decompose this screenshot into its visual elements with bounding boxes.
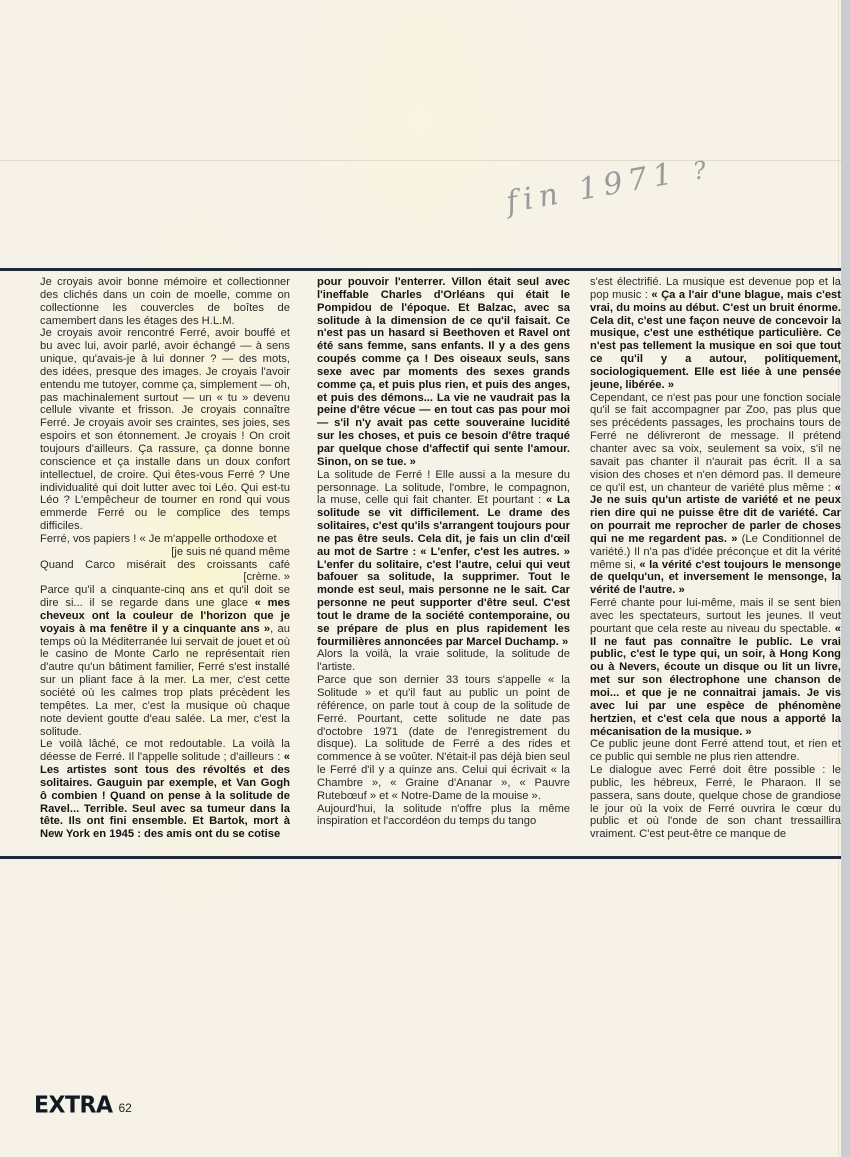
body-text: Je croyais avoir rencontré Ferré, avoir … [40,327,290,532]
article-paragraph: Ferré, vos papiers ! « Je m'appelle orth… [40,533,290,546]
article-paragraph: s'est électrifié. La musique est devenue… [590,276,841,392]
body-text: Le dialogue avec Ferré doit être possibl… [590,764,841,840]
article-paragraph: pour pouvoir l'enterrer. Villon était se… [317,276,570,469]
body-text: , au temps où la Méditerranée lui servai… [40,623,290,738]
quote-text: « Ça a l'air d'une blague, mais c'est vr… [590,289,841,391]
article-paragraph: Ferré chante pour lui-même, mais il se s… [590,597,841,738]
article-paragraph: Le dialogue avec Ferré doit être possibl… [590,764,841,841]
article-paragraph: [crème. » [40,571,290,584]
magazine-logo: EXTRA [34,1092,112,1118]
article-paragraph: Parce que son dernier 33 tours s'appelle… [317,674,570,802]
article-paragraph: Parce qu'il a cinquante-cinq ans et qu'i… [40,584,290,738]
body-text: Je croyais avoir bonne mémoire et collec… [40,276,290,327]
article-paragraph: Le voilà lâché, ce mot redoutable. La vo… [40,738,290,841]
top-rule [0,268,841,271]
body-text: Alors la voilà, la vraie solitude, la so… [317,648,570,673]
body-text: Quand Carco misérait des croissants café [40,559,290,571]
article-paragraph: Aujourd'hui, la solitude n'offre plus la… [317,803,570,829]
article-paragraph: Alors la voilà, la vraie solitude, la so… [317,648,570,674]
article-paragraph: Cependant, ce n'est pas pour une fonctio… [590,392,841,598]
article-paragraph: La solitude de Ferré ! Elle aussi a la m… [317,469,570,649]
magazine-page: fin 1971 ? Je croyais avoir bonne mémoir… [0,0,841,1157]
article-paragraph: Je croyais avoir bonne mémoire et collec… [40,276,290,327]
body-text: Ferré chante pour lui-même, mais il se s… [590,597,841,635]
article-column-3: s'est électrifié. La musique est devenue… [590,276,841,851]
body-text: Le voilà lâché, ce mot redoutable. La vo… [40,738,290,763]
article-paragraph: Ce public jeune dont Ferré attend tout, … [590,738,841,764]
quote-text: « La solitude se vit difficilement. Le d… [317,494,570,647]
body-text: La solitude de Ferré ! Elle aussi a la m… [317,469,570,507]
quote-text: « Les artistes sont tous des révoltés et… [40,751,290,840]
page-footer: EXTRA 62 [34,1093,132,1118]
article-column-1: Je croyais avoir bonne mémoire et collec… [40,276,290,851]
body-text: Ferré, vos papiers ! « Je m'appelle orth… [40,533,277,545]
article-paragraph: Quand Carco misérait des croissants café [40,559,290,572]
body-text: Ce public jeune dont Ferré attend tout, … [590,738,841,763]
body-text: Parce que son dernier 33 tours s'appelle… [317,674,570,802]
article-paragraph: [je suis né quand même [40,546,290,559]
handwritten-note-text: fin 1971 [504,156,681,221]
quote-text: « Il ne faut pas connaître le public. Le… [590,623,841,738]
body-text: [je suis né quand même [171,546,290,558]
body-text: Cependant, ce n'est pas pour une fonctio… [590,392,841,494]
quote-text: pour pouvoir l'enterrer. Villon était se… [317,276,570,468]
body-text: Aujourd'hui, la solitude n'offre plus la… [317,803,570,828]
fold-line [0,160,841,161]
article-column-2: pour pouvoir l'enterrer. Villon était se… [317,276,570,851]
article-body: Je croyais avoir bonne mémoire et collec… [40,276,840,851]
body-text: [crème. » [243,571,290,583]
page-number: 62 [118,1101,131,1115]
article-paragraph: Je croyais avoir rencontré Ferré, avoir … [40,327,290,533]
bottom-rule [0,856,841,859]
handwritten-note: fin 1971 ? [504,151,710,221]
body-text: Parce qu'il a cinquante-cinq ans et qu'i… [40,584,290,609]
